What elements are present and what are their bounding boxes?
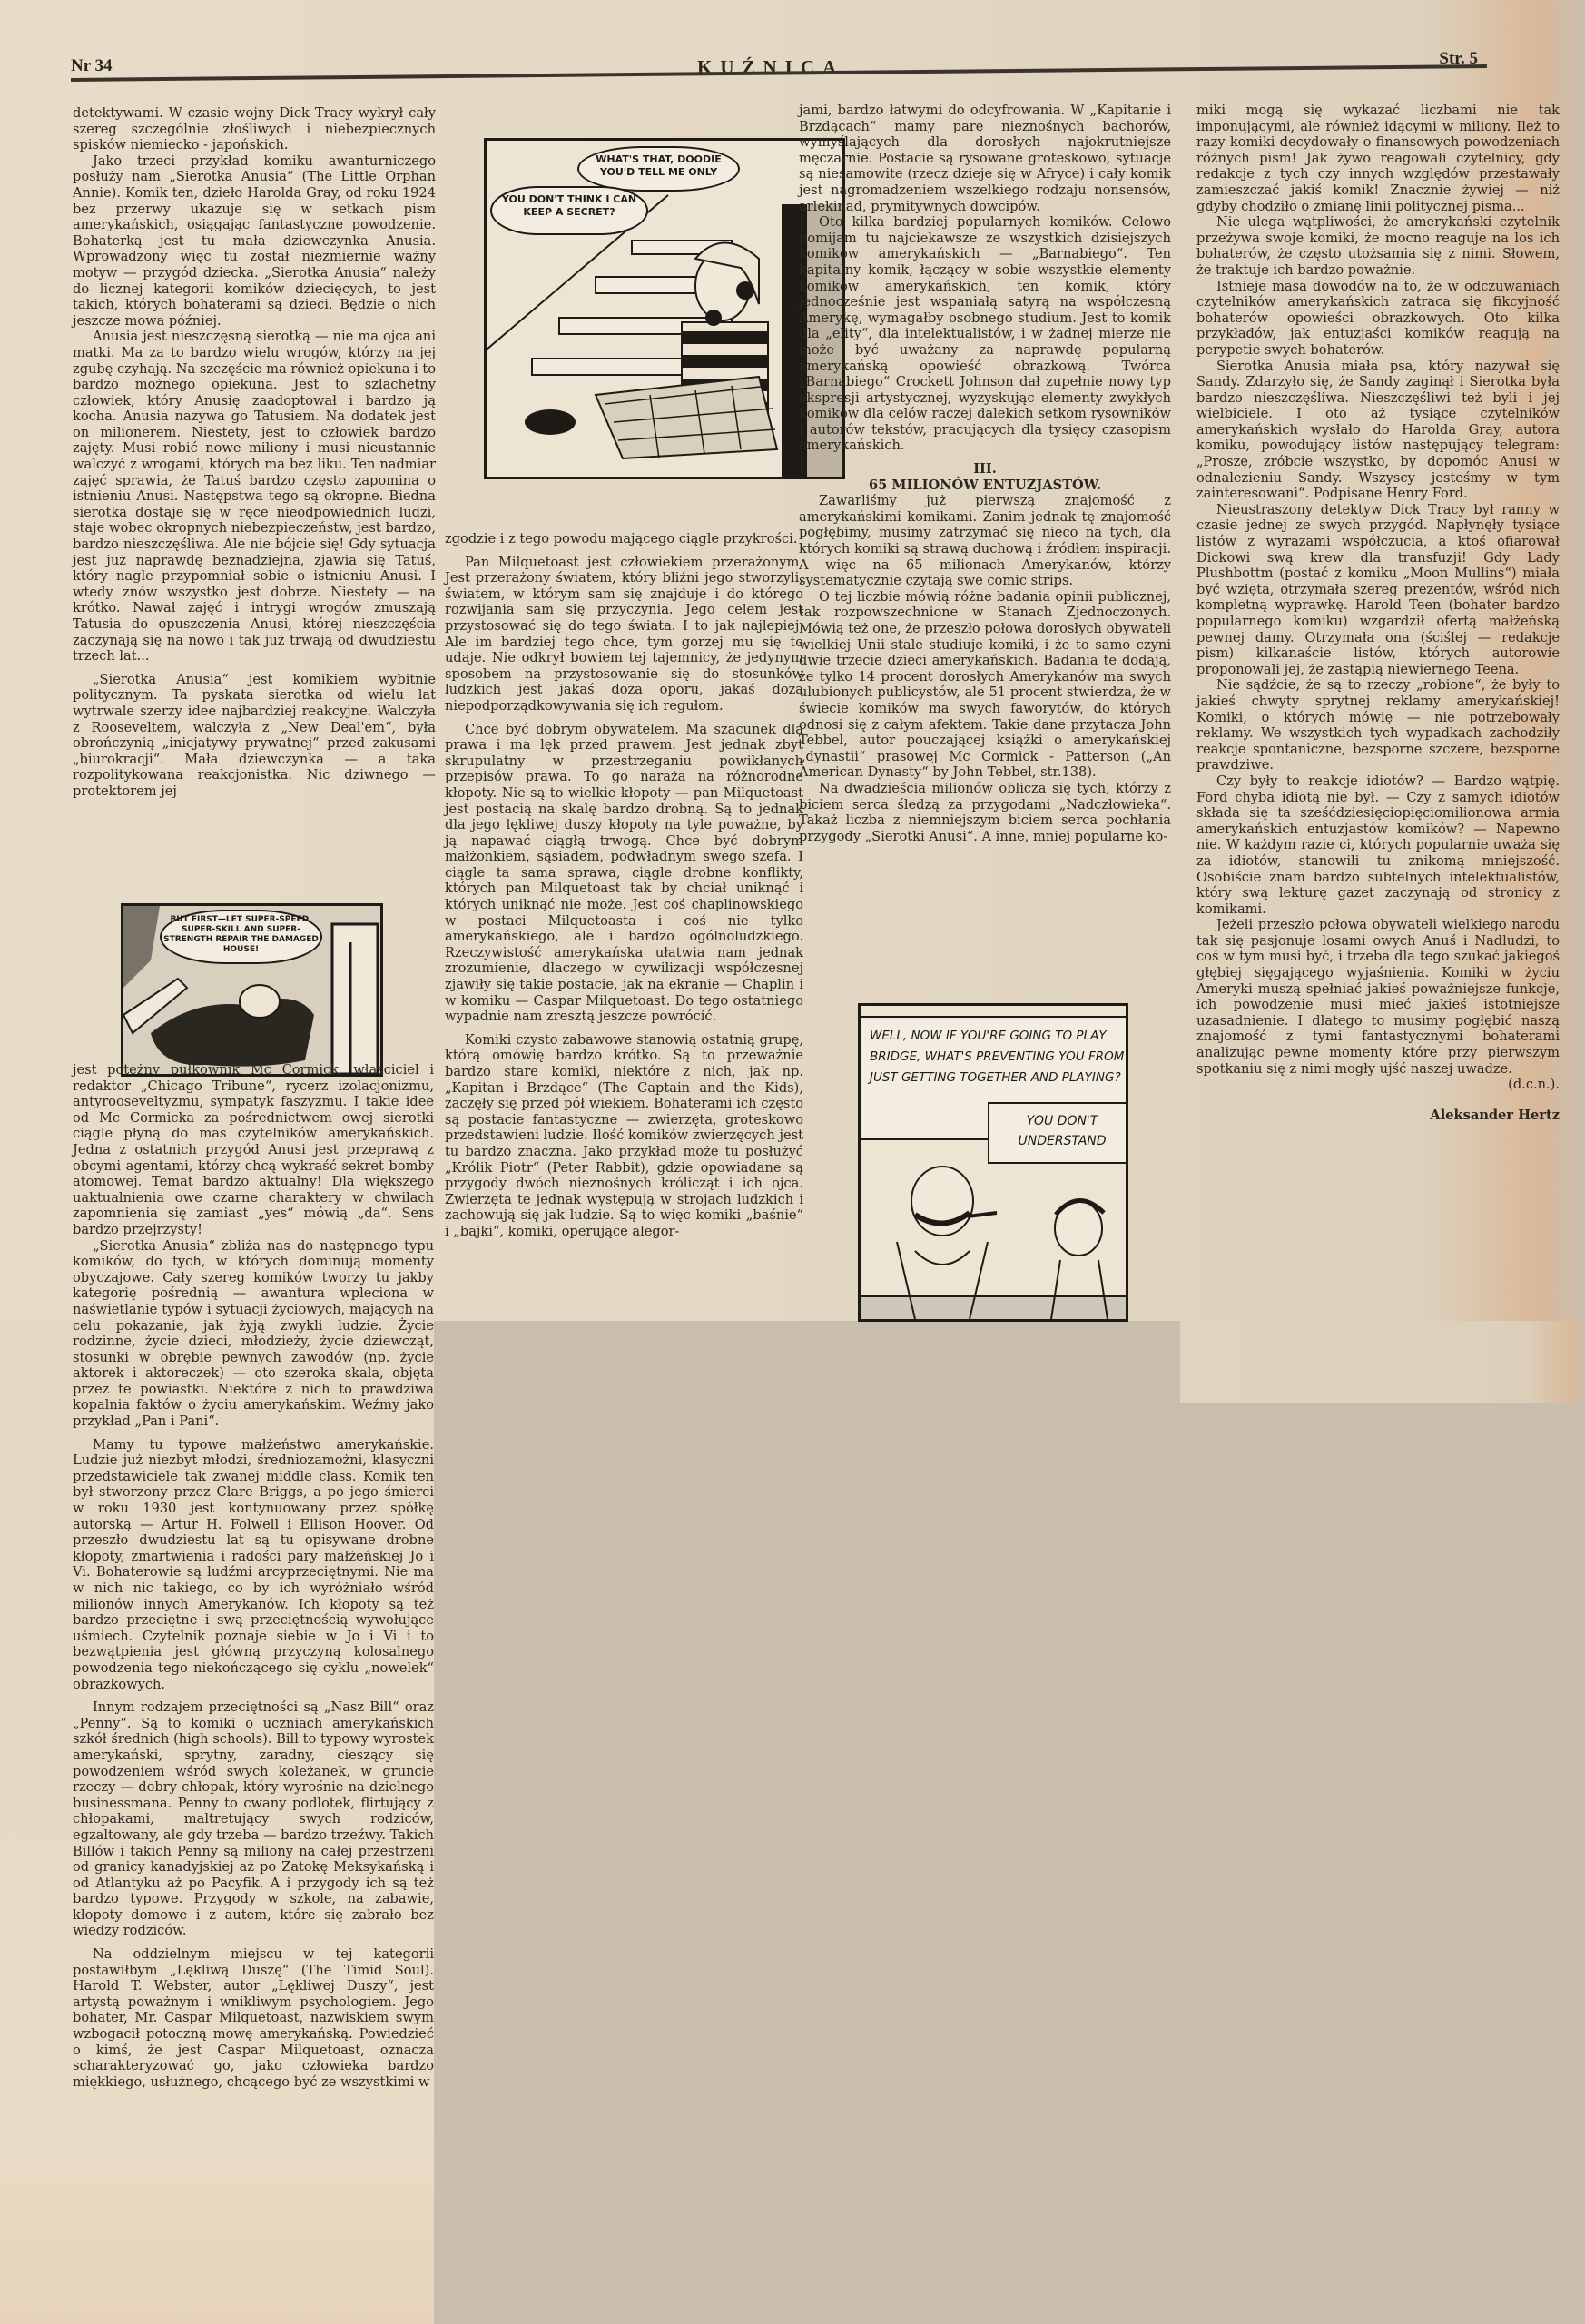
paragraph: „Sierotka Anusia“ jest komikiem wybitnie…	[73, 672, 436, 800]
paragraph: Pan Milquetoast jest człowiekiem przeraż…	[445, 555, 803, 714]
paragraph: Nieustraszony detektyw Dick Tracy był ra…	[1196, 502, 1560, 678]
paragraph: Sierotka Anusia miała psa, który nazywał…	[1196, 359, 1560, 502]
paragraph: Istnieje masa dowodów na to, że w odczuw…	[1196, 279, 1560, 359]
continued-note: (d.c.n.).	[1196, 1077, 1560, 1093]
paragraph: Na oddzielnym miejscu w tej kategorii po…	[73, 1946, 434, 2090]
paragraph: Oto kilka bardziej popularnych komików. …	[799, 214, 1171, 454]
paragraph: Nie ulega wątpliwości, że amerykański cz…	[1196, 214, 1560, 278]
article-column-1-continued: jest potężny pułkownik Mc Cormick, właśc…	[73, 1062, 434, 2090]
speech-bubble: WHAT'S THAT, DOODIE YOU'D TELL ME ONLY	[577, 146, 740, 192]
paragraph: Zawarliśmy już pierwszą znajomość z amer…	[799, 493, 1171, 589]
speech-bubble: BUT FIRST—LET SUPER-SPEED, SUPER-SKILL A…	[160, 910, 322, 964]
comic-panel-timid-soul: WELL, NOW IF YOU'RE GOING TO PLAY BRIDGE…	[858, 1003, 1128, 1322]
paragraph: Chce być dobrym obywatelem. Ma szacunek …	[445, 722, 803, 1025]
paragraph: Na dwadzieścia milionów oblicza się tych…	[799, 781, 1171, 844]
issue-number: Nr 34	[71, 56, 113, 76]
article-column-4: miki mogą się wykazać liczbami nie tak i…	[1196, 103, 1560, 1123]
paragraph: jest potężny pułkownik Mc Cormick, właśc…	[73, 1062, 434, 1238]
author-byline: Aleksander Hertz	[1196, 1108, 1560, 1124]
article-column-3: jami, bardzo łatwymi do odcyfrowania. W …	[799, 103, 1171, 844]
newspaper-page-edge	[1180, 1321, 1585, 1403]
section-number: III.	[799, 461, 1171, 478]
paragraph: Komiki czysto zabawowe stanowią ostatnią…	[445, 1032, 803, 1240]
comic-panel-superman: BUT FIRST—LET SUPER-SPEED, SUPER-SKILL A…	[121, 903, 383, 1077]
article-column-2: zgodzie i z tego powodu mającego ciągle …	[445, 531, 803, 1240]
paragraph: „Sierotka Anusia“ zbliża nas do następne…	[73, 1238, 434, 1430]
paragraph: Czy były to reakcje idiotów? — Bardzo wą…	[1196, 773, 1560, 917]
paragraph: jami, bardzo łatwymi do odcyfrowania. W …	[799, 103, 1171, 214]
paragraph: Mamy tu typowe małżeństwo amerykańskie. …	[73, 1437, 434, 1693]
paragraph: Jeżeli przeszło połowa obywateli wielkie…	[1196, 917, 1560, 1077]
speech-bubble: YOU DON'T THINK I CAN KEEP A SECRET?	[490, 186, 648, 235]
paragraph: zgodzie i z tego powodu mającego ciągle …	[445, 531, 803, 547]
section-heading: 65 MILIONÓW ENTUZJASTÓW.	[799, 478, 1171, 494]
comic-panel-girl-on-phone: WHAT'S THAT, DOODIE YOU'D TELL ME ONLY Y…	[484, 138, 845, 479]
speech-caption: YOU DON'T UNDERSTAND	[988, 1102, 1128, 1164]
paragraph: miki mogą się wykazać liczbami nie tak i…	[1196, 103, 1560, 214]
paragraph: Nie sądźcie, że są to rzeczy „robione“, …	[1196, 677, 1560, 773]
paragraph: Jako trzeci przykład komiku awanturnicze…	[73, 153, 436, 330]
paragraph: Innym rodzajem przeciętności są „Nasz Bi…	[73, 1699, 434, 1939]
masthead-title: KUŹNICA	[697, 56, 844, 79]
article-column-1: detektywami. W czasie wojny Dick Tracy w…	[73, 105, 436, 800]
paragraph: Anusia jest nieszczęsną sierotką — nie m…	[73, 329, 436, 664]
paragraph: O tej liczbie mówią różne badania opinii…	[799, 589, 1171, 781]
paragraph: detektywami. W czasie wojny Dick Tracy w…	[73, 105, 436, 153]
